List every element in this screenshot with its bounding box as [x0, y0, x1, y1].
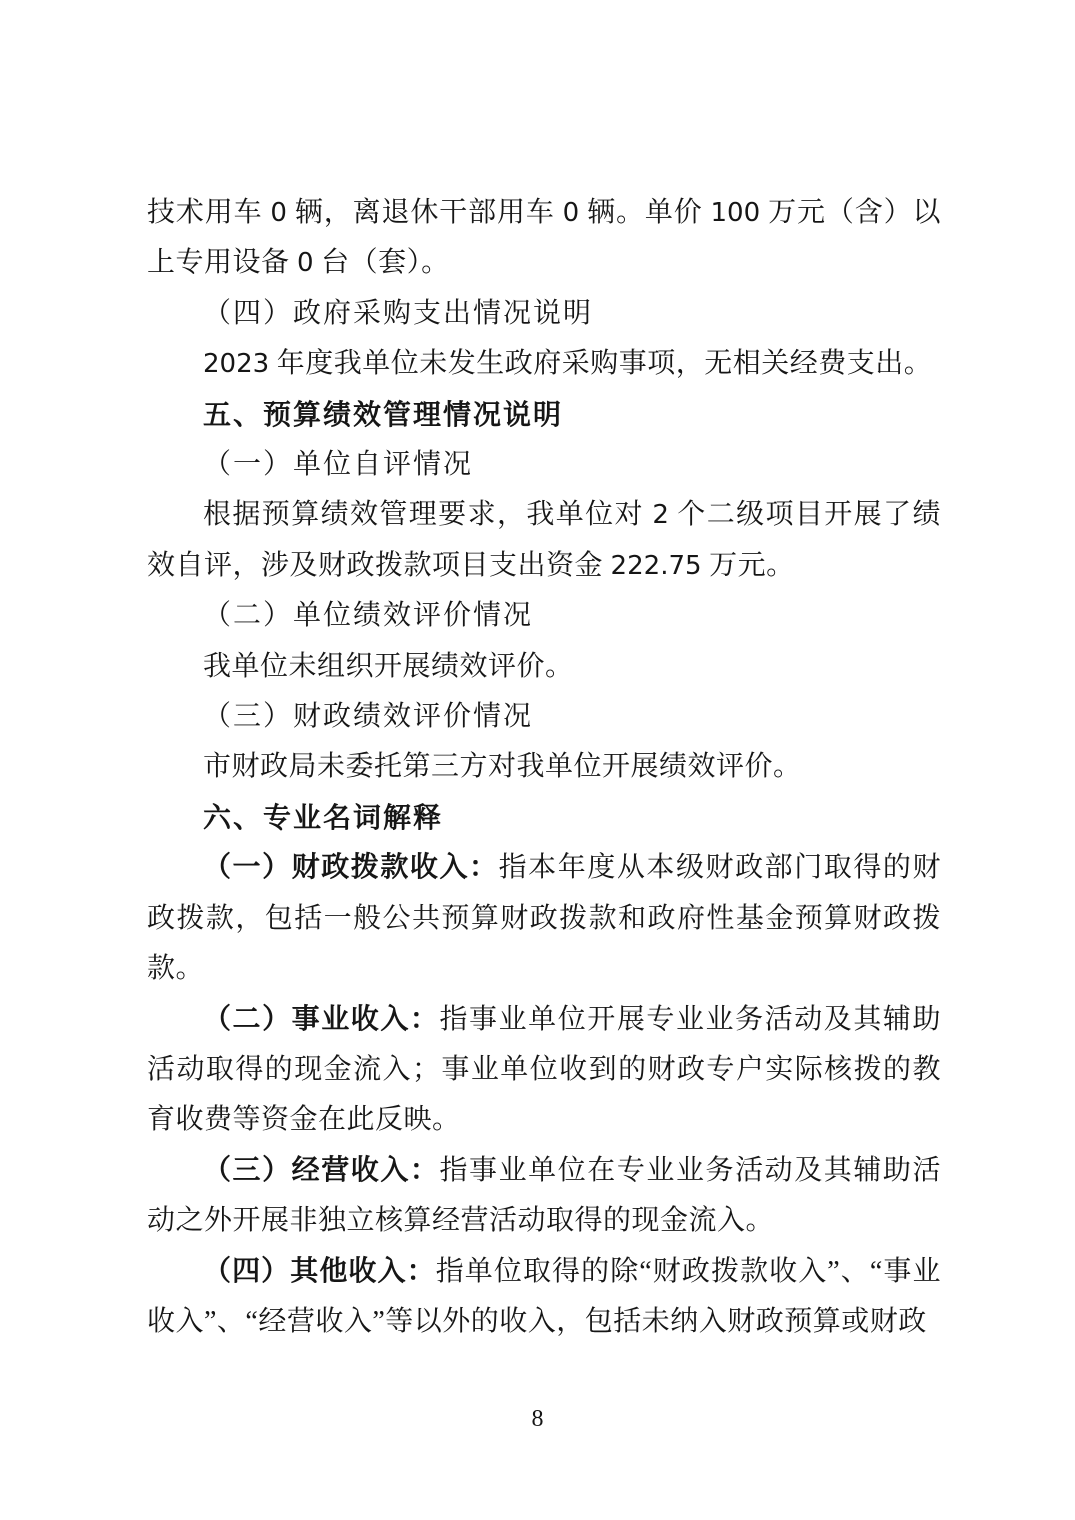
numeric-value: 100 [711, 198, 761, 228]
numeric-value: 2023 [203, 349, 269, 379]
body-paragraph: 技术用车 0 辆，离退休干部用车 0 辆。单价 100 万元（含）以上专用设备 … [147, 188, 941, 289]
subheading: （四）政府采购支出情况说明 [147, 289, 941, 339]
text-run: 市财政局未委托第三方对我单位开展绩效评价。 [203, 751, 802, 782]
term-label: （三）经营收入： [203, 1155, 440, 1186]
numeric-value: 0 [297, 248, 314, 278]
text-run: 辆。单价 [579, 197, 710, 228]
term-label: （四）其他收入： [203, 1256, 436, 1287]
body-paragraph: 根据预算绩效管理要求，我单位对 2 个二级项目开展了绩效自评，涉及财政拨款项目支… [147, 490, 941, 591]
section-heading: 五、预算绩效管理情况说明 [147, 390, 941, 440]
subheading: （二）单位绩效评价情况 [147, 591, 941, 641]
document-page: 技术用车 0 辆，离退休干部用车 0 辆。单价 100 万元（含）以上专用设备 … [0, 0, 1075, 1520]
numeric-value: 222.75 [611, 551, 702, 581]
page-footer: 8 [0, 1404, 1075, 1434]
text-run: 万元。 [702, 550, 795, 581]
text-run: （三）财政绩效评价情况 [203, 701, 533, 732]
text-run: 辆，离退休干部用车 [287, 197, 563, 228]
term-label: 五、预算绩效管理情况说明 [203, 399, 563, 430]
page-number: 8 [532, 1406, 544, 1432]
body-paragraph: （三）经营收入：指事业单位在专业业务活动及其辅助活动之外开展非独立核算经营活动取… [147, 1146, 941, 1247]
text-run: （二）单位绩效评价情况 [203, 600, 533, 631]
text-run: （一）单位自评情况 [203, 449, 473, 480]
term-label: （二）事业收入： [203, 1004, 440, 1035]
term-label: （一）财政拨款收入： [203, 852, 499, 883]
body-paragraph: （一）财政拨款收入：指本年度从本级财政部门取得的财政拨款，包括一般公共预算财政拨… [147, 843, 941, 994]
body-paragraph: （二）事业收入：指事业单位开展专业业务活动及其辅助活动取得的现金流入；事业单位收… [147, 995, 941, 1146]
term-label: 六、专业名词解释 [203, 802, 443, 833]
text-run: 根据预算绩效管理要求，我单位对 [203, 499, 652, 530]
numeric-value: 0 [563, 198, 580, 228]
text-run: 技术用车 [147, 197, 270, 228]
section-heading: 六、专业名词解释 [147, 793, 941, 843]
document-body: 技术用车 0 辆，离退休干部用车 0 辆。单价 100 万元（含）以上专用设备 … [147, 188, 941, 1347]
numeric-value: 0 [270, 198, 287, 228]
subheading: （三）财政绩效评价情况 [147, 692, 941, 742]
text-run: 我单位未组织开展绩效评价。 [203, 651, 574, 682]
text-run: 年度我单位未发生政府采购事项，无相关经费支出。 [269, 348, 932, 379]
body-paragraph: 2023 年度我单位未发生政府采购事项，无相关经费支出。 [147, 339, 941, 389]
text-run: 台（套）。 [314, 247, 450, 278]
text-run: （四）政府采购支出情况说明 [203, 298, 593, 329]
subheading: （一）单位自评情况 [147, 440, 941, 490]
numeric-value: 2 [652, 500, 669, 530]
body-paragraph: 我单位未组织开展绩效评价。 [147, 642, 941, 692]
body-paragraph: 市财政局未委托第三方对我单位开展绩效评价。 [147, 742, 941, 792]
body-paragraph: （四）其他收入：指单位取得的除“财政拨款收入”、“事业收入”、“经营收入”等以外… [147, 1247, 941, 1348]
